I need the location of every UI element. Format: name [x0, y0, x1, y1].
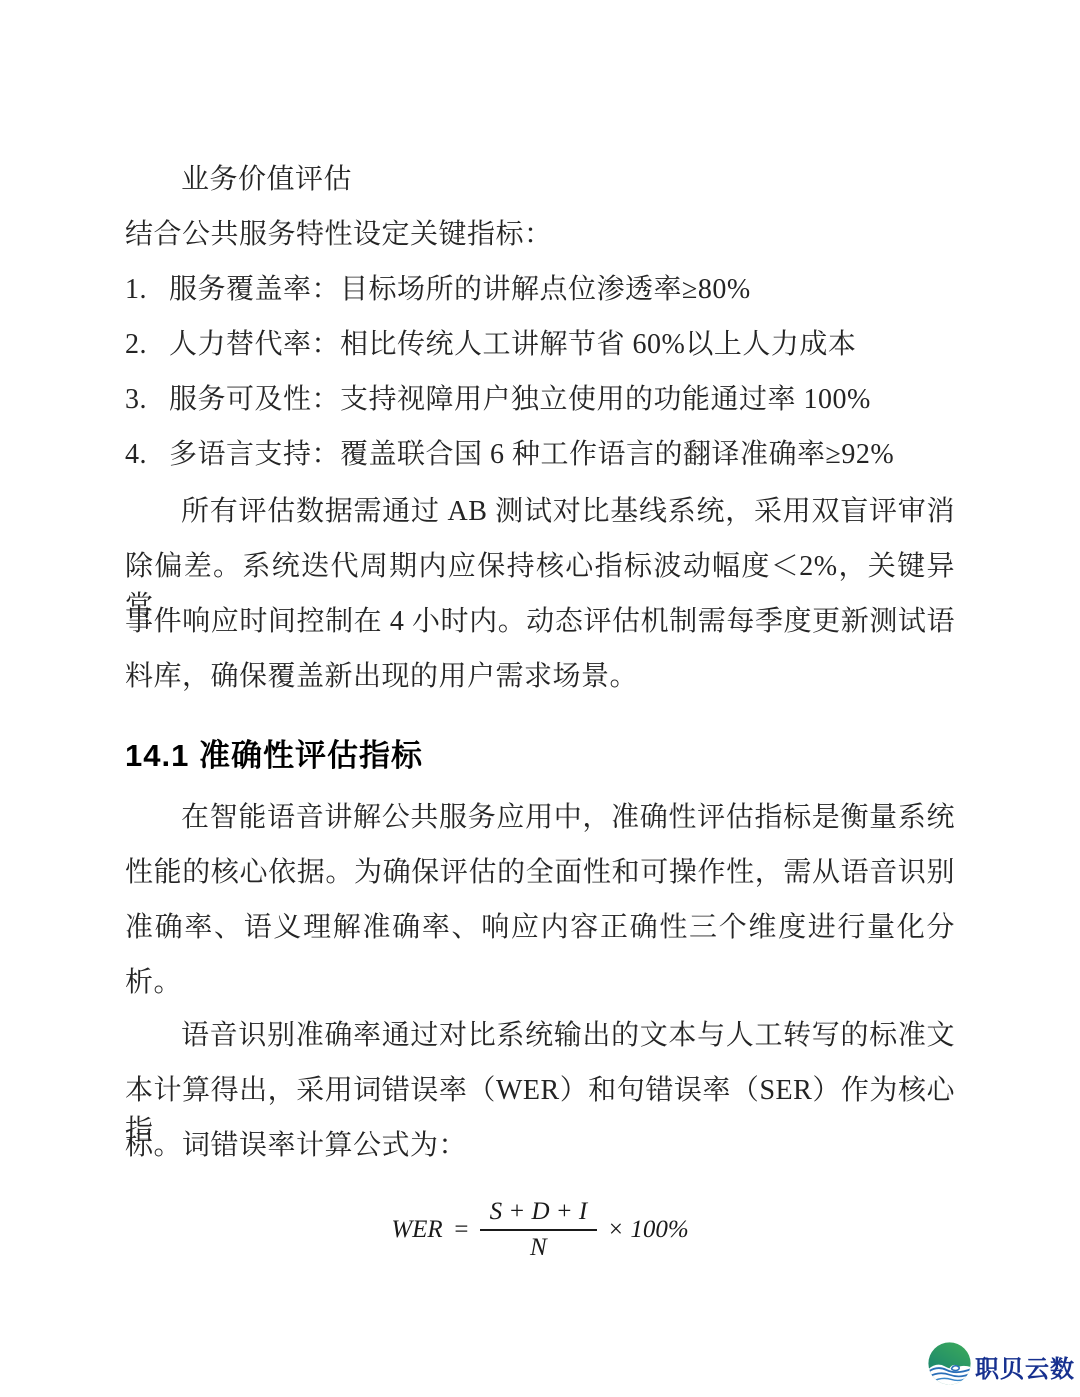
- list-item-text: 服务可及性：支持视障用户独立使用的功能通过率 100%: [169, 384, 871, 415]
- paragraph-line: 料库，确保覆盖新出现的用户需求场景。: [125, 657, 955, 697]
- list-number: 1.: [125, 270, 169, 310]
- section-heading: 14.1 准确性评估指标: [125, 730, 955, 775]
- paragraph-line: 业务价值评估: [125, 160, 955, 200]
- list-item: 4.多语言支持：覆盖联合国 6 种工作语言的翻译准确率≥92%: [125, 435, 955, 475]
- list-item-text: 多语言支持：覆盖联合国 6 种工作语言的翻译准确率≥92%: [169, 439, 894, 470]
- paragraph-line: 析。: [125, 963, 955, 1003]
- formula-numerator: S + D + I: [480, 1198, 598, 1231]
- list-number: 3.: [125, 380, 169, 420]
- formula-fraction: S + D + I N: [480, 1198, 598, 1262]
- document-page: 业务价值评估 结合公共服务特性设定关键指标： 1.服务覆盖率：目标场所的讲解点位…: [0, 0, 1080, 1397]
- paragraph-line: 标。词错误率计算公式为：: [125, 1126, 955, 1166]
- formula-lhs: WER: [391, 1216, 442, 1244]
- paragraph-line: 准确率、语义理解准确率、响应内容正确性三个维度进行量化分: [125, 908, 955, 948]
- list-item-text: 服务覆盖率：目标场所的讲解点位渗透率≥80%: [169, 274, 751, 305]
- wave-globe-icon: [927, 1341, 972, 1391]
- paragraph-line: 结合公共服务特性设定关键指标：: [125, 215, 955, 255]
- paragraph-line: 所有评估数据需通过 AB 测试对比基线系统，采用双盲评审消: [125, 492, 955, 532]
- paragraph-line: 在智能语音讲解公共服务应用中，准确性评估指标是衡量系统: [125, 798, 955, 838]
- list-item: 1.服务覆盖率：目标场所的讲解点位渗透率≥80%: [125, 270, 955, 310]
- wer-formula: WER = S + D + I N × 100%: [0, 1198, 1080, 1262]
- formula-denominator: N: [480, 1231, 598, 1262]
- brand-name: 职贝云数: [975, 1349, 1075, 1384]
- paragraph-line: 语音识别准确率通过对比系统输出的文本与人工转写的标准文: [125, 1016, 955, 1056]
- paragraph-line: 事件响应时间控制在 4 小时内。动态评估机制需每季度更新测试语: [125, 602, 955, 642]
- formula-suffix: × 100%: [607, 1216, 688, 1244]
- list-number: 2.: [125, 325, 169, 365]
- list-item: 2.人力替代率：相比传统人工讲解节省 60%以上人力成本: [125, 325, 955, 365]
- brand-logo: 职贝云数: [927, 1341, 1075, 1391]
- list-item: 3.服务可及性：支持视障用户独立使用的功能通过率 100%: [125, 380, 955, 420]
- formula-equals: =: [453, 1216, 470, 1244]
- list-item-text: 人力替代率：相比传统人工讲解节省 60%以上人力成本: [169, 329, 856, 360]
- list-number: 4.: [125, 435, 169, 475]
- paragraph-line: 性能的核心依据。为确保评估的全面性和可操作性，需从语音识别: [125, 853, 955, 893]
